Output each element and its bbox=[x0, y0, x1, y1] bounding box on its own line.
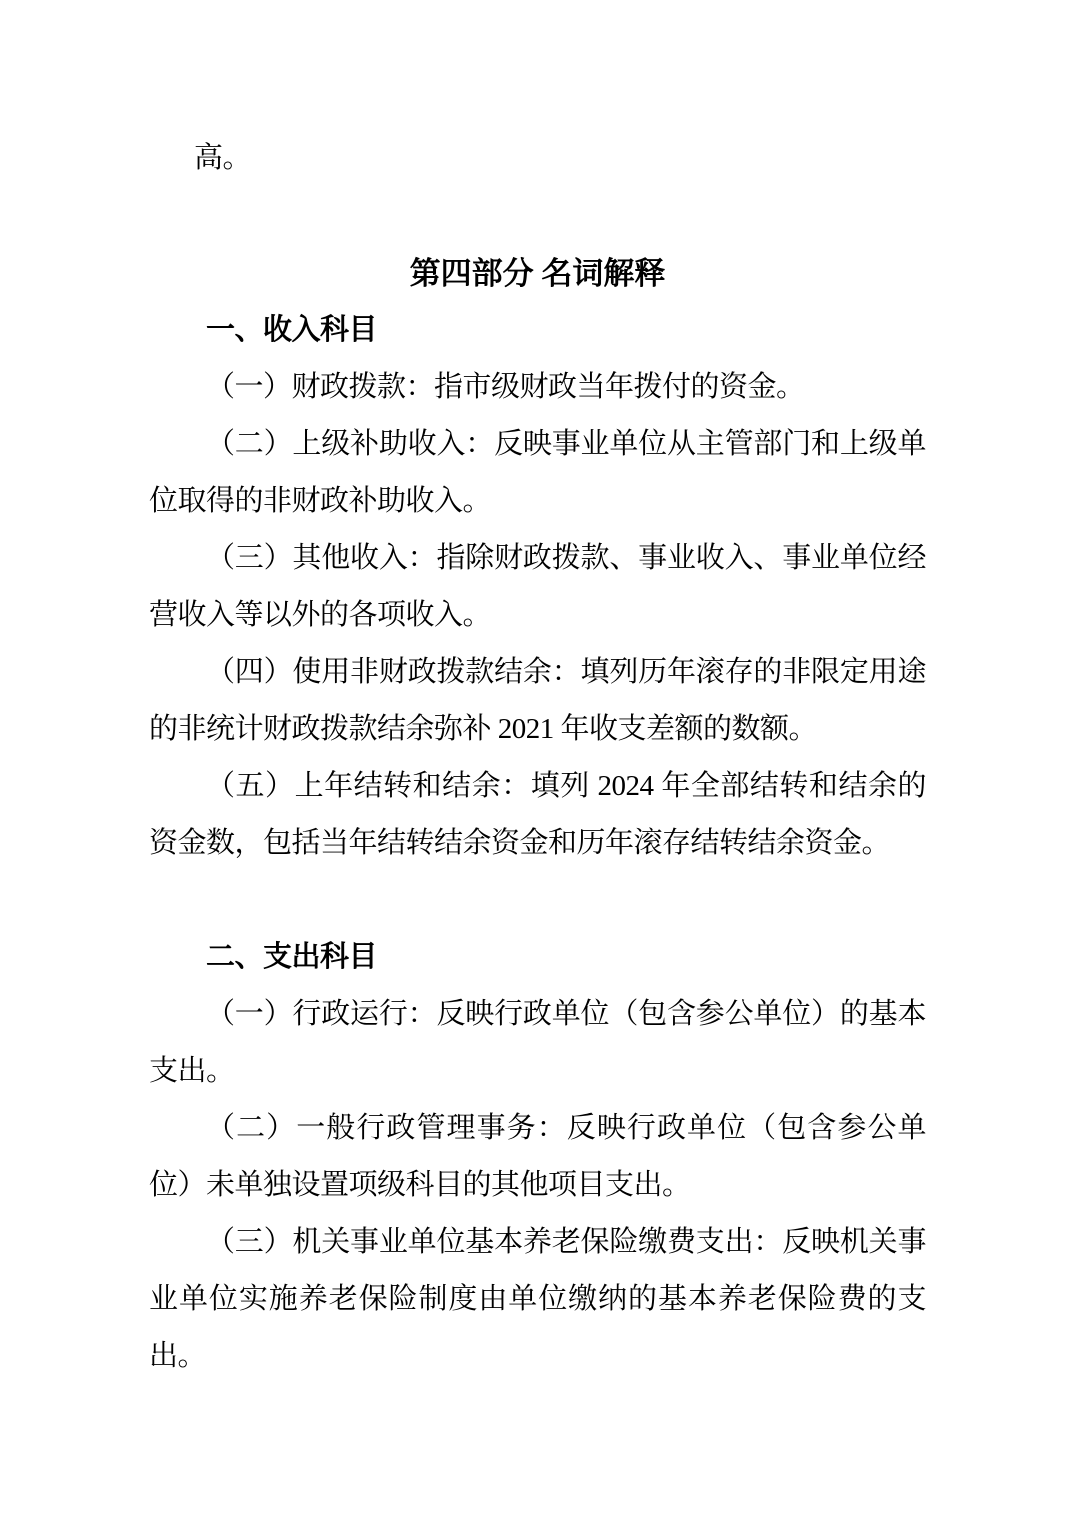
document-title: 第四部分 名词解释 bbox=[149, 245, 926, 302]
income-paragraph-5: （五）上年结转和结余：填列 2024 年全部结转和结余的资金数，包括当年结转结余… bbox=[149, 758, 926, 872]
section-heading-income: 一、收入科目 bbox=[149, 302, 926, 359]
income-paragraph-2: （二）上级补助收入：反映事业单位从主管部门和上级单位取得的非财政补助收入。 bbox=[149, 416, 926, 530]
expenditure-paragraph-2: （二）一般行政管理事务：反映行政单位（包含参公单位）未单独设置项级科目的其他项目… bbox=[149, 1100, 926, 1214]
continuation-paragraph: 高。 bbox=[149, 130, 926, 187]
document-page: 高。 第四部分 名词解释 一、收入科目 （一）财政拨款：指市级财政当年拨付的资金… bbox=[0, 0, 1074, 1520]
income-paragraph-3: （三）其他收入：指除财政拨款、事业收入、事业单位经营收入等以外的各项收入。 bbox=[149, 530, 926, 644]
expenditure-paragraph-1: （一）行政运行：反映行政单位（包含参公单位）的基本支出。 bbox=[149, 986, 926, 1100]
section-expenditure: 二、支出科目 （一）行政运行：反映行政单位（包含参公单位）的基本支出。 （二）一… bbox=[149, 929, 926, 1385]
section-income: 一、收入科目 （一）财政拨款：指市级财政当年拨付的资金。 （二）上级补助收入：反… bbox=[149, 302, 926, 872]
income-paragraph-4: （四）使用非财政拨款结余：填列历年滚存的非限定用途的非统计财政拨款结余弥补 20… bbox=[149, 644, 926, 758]
section-heading-expenditure: 二、支出科目 bbox=[149, 929, 926, 986]
expenditure-paragraph-3: （三）机关事业单位基本养老保险缴费支出：反映机关事业单位实施养老保险制度由单位缴… bbox=[149, 1214, 926, 1385]
income-paragraph-1: （一）财政拨款：指市级财政当年拨付的资金。 bbox=[149, 359, 926, 416]
